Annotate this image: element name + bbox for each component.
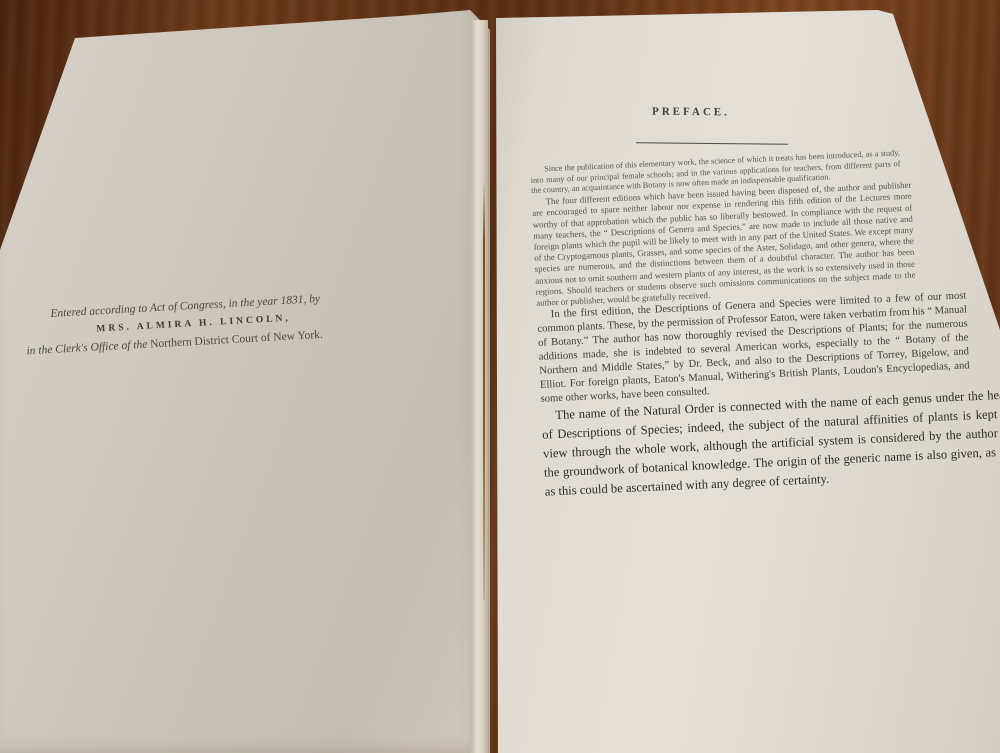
preface-paragraph-3: In the first edition, the Descriptions o… <box>537 289 971 406</box>
left-page <box>0 0 490 753</box>
preface-title: PREFACE. <box>652 106 730 119</box>
preface-body: Since the publication of this elementary… <box>530 144 1000 502</box>
preface-paragraph-2: The four different editions which have b… <box>531 180 916 309</box>
binding-thread <box>483 180 485 600</box>
book-spine <box>470 20 488 753</box>
copyright-line-3-prefix: in the Clerk's Office of the <box>26 339 147 358</box>
